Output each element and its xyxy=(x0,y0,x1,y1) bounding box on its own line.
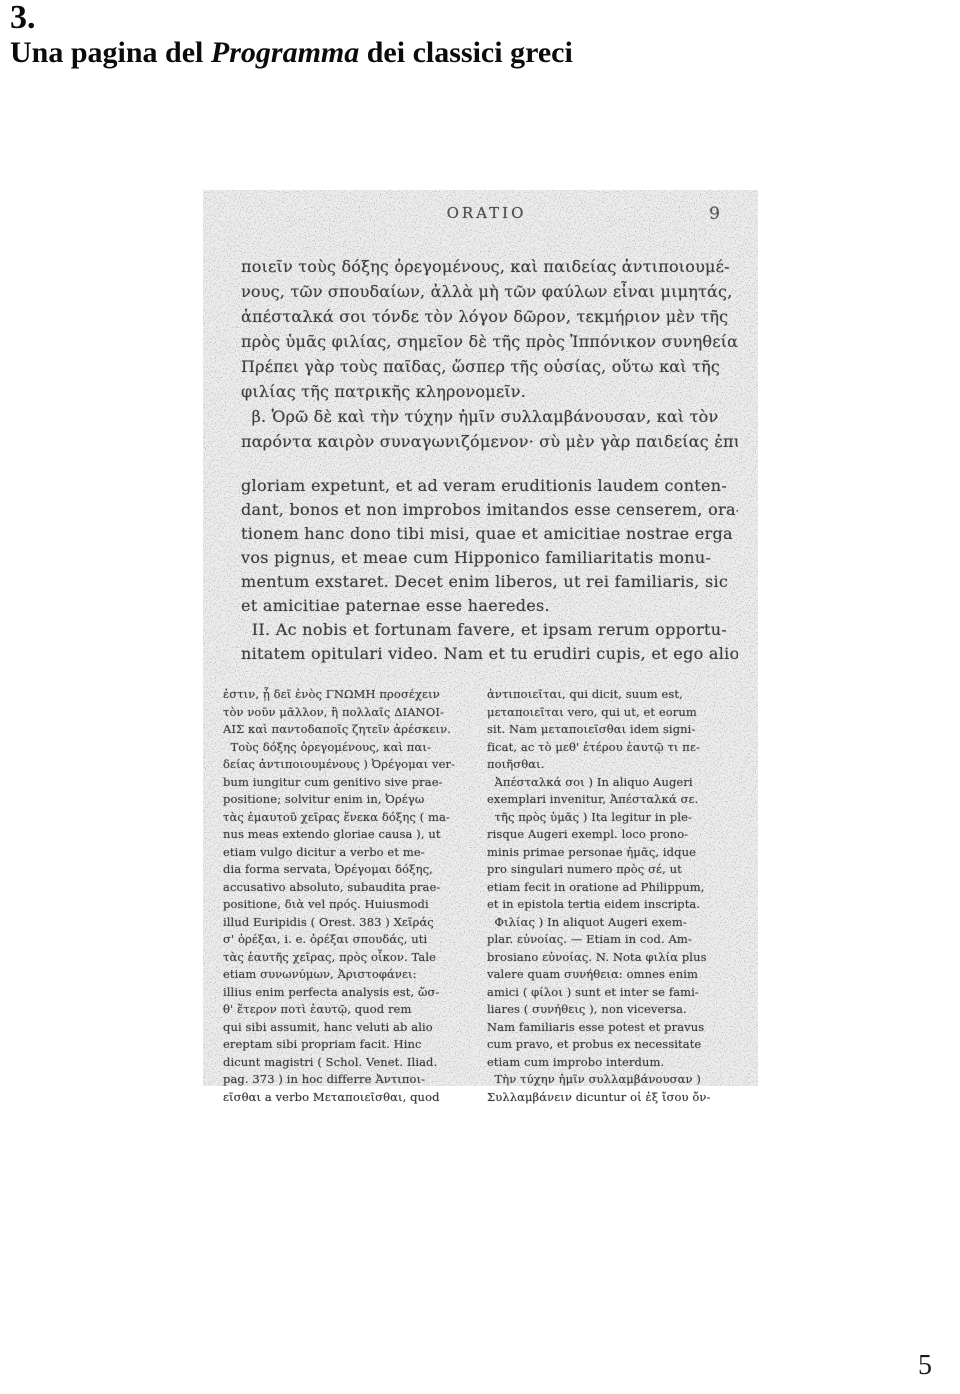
text-line: μεταποιεῖται vero, qui ut, et eorum xyxy=(487,704,738,722)
text-line: etiam vulgo dicitur a verbo et me- xyxy=(223,844,473,862)
text-line: τῆς πρὸς ὑμᾶς ) Ita legitur in ple- xyxy=(487,809,738,827)
book-scan: ORATIO 9 ποιεῖν τοὺς δόξης ὀρεγομένους, … xyxy=(203,190,758,1086)
text-line: nus meas extendo gloriae causa ), ut xyxy=(223,826,473,844)
text-line: dia forma servata, Ὀρέγομαι δόξης, xyxy=(223,861,473,879)
text-line: illius enim perfecta analysis est, ὥσ- xyxy=(223,984,473,1002)
text-line: ereptam sibi propriam facit. Hinc xyxy=(223,1036,473,1054)
text-line: Ἀπέσταλκά σοι ) In aliquo Augeri xyxy=(487,774,738,792)
text-line: plar. εὐνοίας. — Etiam in cod. Am- xyxy=(487,931,738,949)
text-line: qui sibi assumit, hanc veluti ab alio xyxy=(223,1019,473,1037)
text-line: liares ( συνήθεις ), non viceversa. xyxy=(487,1001,738,1019)
text-line: νους, τῶν σπουδαίων, ἀλλὰ μὴ τῶν φαύλων … xyxy=(241,279,738,304)
text-line: cum pravo, et probus ex necessitate xyxy=(487,1036,738,1054)
page-footer-number: 5 xyxy=(918,1350,932,1382)
text-line: ποιῆσθαι. xyxy=(487,756,738,774)
text-line: illud Euripidis ( Orest. 383 ) Χεῖράς xyxy=(223,914,473,932)
footnotes: ἐστιν, ᾗ δεῖ ἑνὸς ΓΝΩΜΗ προσέχειντὸν νοῦ… xyxy=(223,686,738,1106)
text-line: β. Ὁρῶ δὲ καὶ τὴν τύχην ἡμῖν συλλαμβάνου… xyxy=(241,404,738,429)
text-line: ἐστιν, ᾗ δεῖ ἑνὸς ΓΝΩΜΗ προσέχειν xyxy=(223,686,473,704)
text-line: Τοὺς δόξης ὀρεγομένους, καὶ παι- xyxy=(223,739,473,757)
text-line: mentum exstaret. Decet enim liberos, ut … xyxy=(241,570,738,594)
text-line: positione, διὰ vel πρός. Huiusmodi xyxy=(223,896,473,914)
text-line: accusativo absoluto, subaudita prae- xyxy=(223,879,473,897)
text-line: II. Ac nobis et fortunam favere, et ipsa… xyxy=(241,618,738,642)
text-line: dicunt magistri ( Schol. Venet. Iliad. xyxy=(223,1054,473,1072)
scan-content: ORATIO 9 ποιεῖν τοὺς δόξης ὀρεγομένους, … xyxy=(221,204,738,1106)
text-line: ficat, ac τὸ μεθ' ἑτέρου ἑαυτῷ τι πε- xyxy=(487,739,738,757)
scan-page-number: 9 xyxy=(709,204,720,224)
text-line: Συλλαμβάνειν dicuntur οἱ ἐξ ἴσου ὄν- xyxy=(487,1089,738,1107)
text-line: δείας ἀντιποιουμένους ) Ὀρέγομαι ver- xyxy=(223,756,473,774)
greek-text-block: ποιεῖν τοὺς δόξης ὀρεγομένους, καὶ παιδε… xyxy=(241,254,738,454)
text-line: τὰς ἐμαυτοῦ χεῖρας ἕνεκα δόξης ( ma- xyxy=(223,809,473,827)
text-line: sit. Nam μεταποιεῖσθαι idem signi- xyxy=(487,721,738,739)
text-line: Πρέπει γὰρ τοὺς παῖδας, ὥσπερ τῆς οὐσίας… xyxy=(241,354,738,379)
page-title: Una pagina del Programma dei classici gr… xyxy=(10,36,573,70)
text-line: exemplari invenitur, Ἀπέσταλκά σε. xyxy=(487,791,738,809)
text-line: ΑΙΣ καὶ παντοδαποῖς ζητεῖν ἀρέσκειν. xyxy=(223,721,473,739)
text-line: Τὴν τύχην ἡμῖν συλλαμβάνουσαν ) xyxy=(487,1071,738,1089)
footnote-column-left: ἐστιν, ᾗ δεῖ ἑνὸς ΓΝΩΜΗ προσέχειντὸν νοῦ… xyxy=(223,686,473,1106)
scan-head-row: ORATIO 9 xyxy=(221,204,738,230)
text-line: εῖσθαι a verbo Μεταποιεῖσθαι, quod xyxy=(223,1089,473,1107)
text-line: positione; solvitur enim in, Ὀρέγω xyxy=(223,791,473,809)
running-head: ORATIO xyxy=(221,204,738,222)
text-line: brosiano εὐνοίας. N. Nota φιλία plus xyxy=(487,949,738,967)
text-line: ποιεῖν τοὺς δόξης ὀρεγομένους, καὶ παιδε… xyxy=(241,254,738,279)
text-line: gloriam expetunt, et ad veram eruditioni… xyxy=(241,474,738,498)
text-line: φιλίας τῆς πατρικῆς κληρονομεῖν. xyxy=(241,379,738,404)
text-line: minis primae personae ἡμᾶς, idque xyxy=(487,844,738,862)
text-line: τὸν νοῦν μᾶλλον, ἢ πολλαῖς ΔΙΑΝΟΙ- xyxy=(223,704,473,722)
title-italic-word: Programma xyxy=(211,36,359,69)
footnote-column-right: ἀντιποιεῖται, qui dicit, suum est,μεταπο… xyxy=(487,686,738,1106)
text-line: valere quam συνήθεια: omnes enim xyxy=(487,966,738,984)
text-line: Nam familiaris esse potest et pravus xyxy=(487,1019,738,1037)
text-line: amici ( φίλοι ) sunt et inter se fami- xyxy=(487,984,738,1002)
text-line: dant, bonos et non improbos imitandos es… xyxy=(241,498,738,522)
text-line: nitatem opitulari video. Nam et tu erudi… xyxy=(241,642,738,666)
text-line: bum iungitur cum genitivo sive prae- xyxy=(223,774,473,792)
text-line: παρόντα καιρὸν συναγωνιζόμενον· σὺ μὲν γ… xyxy=(241,429,738,454)
text-line: tionem hanc dono tibi misi, quae et amic… xyxy=(241,522,738,546)
text-line: et amicitiae paternae esse haeredes. xyxy=(241,594,738,618)
latin-text-block: gloriam expetunt, et ad veram eruditioni… xyxy=(241,474,738,666)
title-suffix: dei classici greci xyxy=(359,36,573,69)
text-line: etiam fecit in oratione ad Philippum, xyxy=(487,879,738,897)
text-line: ἀπέσταλκά σοι τόνδε τὸν λόγον δῶρον, τεκ… xyxy=(241,304,738,329)
text-line: etiam cum improbo interdum. xyxy=(487,1054,738,1072)
text-line: risque Augeri exempl. loco prono- xyxy=(487,826,738,844)
text-line: τὰς ἑαυτῆς χεῖρας, πρὸς οἶκον. Tale xyxy=(223,949,473,967)
text-line: et in epistola tertia eidem inscripta. xyxy=(487,896,738,914)
text-line: σ' ὀρέξαι, i. e. ὀρέξαι σπουδάς, uti xyxy=(223,931,473,949)
text-line: Φιλίας ) In aliquot Augeri exem- xyxy=(487,914,738,932)
slide-header: 3. Una pagina del Programma dei classici… xyxy=(10,0,573,70)
text-line: θ' ἕτερον ποτὶ ἑαυτῷ, quod rem xyxy=(223,1001,473,1019)
text-line: pag. 373 ) in hoc differre Ἀντιποι- xyxy=(223,1071,473,1089)
text-line: pro singulari numero πρὸς σέ, ut xyxy=(487,861,738,879)
text-line: etiam συνωνύμων, Ἀριστοφάνει: xyxy=(223,966,473,984)
title-prefix: Una pagina del xyxy=(10,36,211,69)
text-line: vos pignus, et meae cum Hipponico famili… xyxy=(241,546,738,570)
text-line: πρὸς ὑμᾶς φιλίας, σημεῖον δὲ τῆς πρὸς Ἱπ… xyxy=(241,329,738,354)
text-line: ἀντιποιεῖται, qui dicit, suum est, xyxy=(487,686,738,704)
slide-number: 3. xyxy=(10,0,573,36)
